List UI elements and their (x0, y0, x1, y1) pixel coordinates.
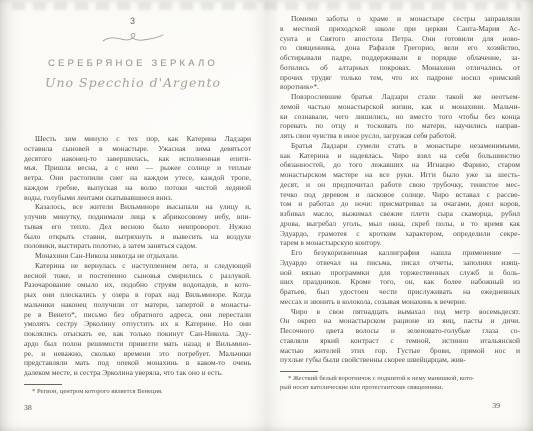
text-line: Шесть зим минуло с тех пор, как Катерина… (24, 134, 251, 144)
text-line: лять свои чувства в иное русло, загружая… (280, 131, 520, 141)
text-line: Разочарование омыло их, подобно струям в… (24, 280, 251, 290)
footnote-line: * Регион, центром которого является Вене… (24, 388, 251, 397)
page-number-right: 39 (492, 401, 500, 410)
text-line: тывая его тепло. Дел весною было невпров… (24, 222, 251, 232)
text-line: Чиро в свои пятнадцать вымахал под метр … (280, 307, 520, 317)
paragraph: Чиро в свои пятнадцать вымахал под метр … (280, 307, 520, 366)
text-line: мессах и звонить в колокола, созывая мон… (280, 297, 520, 307)
right-page-body-text: Помимо заботы о храме и монастыре сестры… (280, 14, 520, 365)
text-line: было открыть ставни, вытряхнуть и вывеси… (24, 232, 251, 242)
text-line: том и работал до ночи: присматривал за о… (280, 199, 520, 209)
paragraph: Катерина не вернулась с наступлением лет… (24, 261, 251, 378)
text-line: каждом гребне, выпуская на волю потоки ч… (24, 183, 251, 193)
paragraph: Его безукоризненная каллиграфия нашла пр… (280, 248, 520, 307)
text-line: Монахини Сан-Никола никогда не отдыхали. (24, 251, 251, 261)
text-line: тарем в монастырскую контору. (280, 238, 520, 248)
text-line: Песочного цвета волосы и зеленовато-голу… (280, 326, 520, 336)
text-line: рых они плескались у озера в горах над В… (24, 290, 251, 300)
text-line: обстирывали падре, поддерживали в порядк… (280, 53, 520, 63)
text-line: ре, и неважно, сколько времени это потре… (24, 349, 251, 359)
text-line: пухлые губы были свойственны скорее швей… (280, 355, 520, 365)
text-line: далеком месте, и сестра Эрколина уверяла… (24, 368, 251, 378)
text-line: Эдуардо отвечал на письма, писал отчеты,… (280, 258, 520, 268)
text-line: половики, выстирать полотно, а затем зан… (24, 241, 251, 251)
text-line: как Катерина и надеялась. Чиро взял на с… (280, 151, 520, 161)
paragraph: Казалось, все жители Вильминоре высыпали… (24, 202, 251, 251)
paragraph: Шесть зим минуло с тех пор, как Катерина… (24, 134, 251, 202)
flourish-ornament-icon (101, 30, 165, 46)
text-line: ардо был полон решимости привезти мать н… (24, 339, 251, 349)
text-line: в местной приходской школе при церкви Са… (280, 24, 520, 34)
text-line: ре в Венето*, письмо без обратного адрес… (24, 310, 251, 320)
text-line: Казалось, все жители Вильминоре высыпали… (24, 202, 251, 212)
text-line: Братья Ладзари сумели стать в монастыре … (280, 141, 520, 151)
text-line: лемой частью монастырской жизни, как и м… (280, 102, 520, 112)
page-right: Помимо заботы о храме и монастыре сестры… (267, 0, 533, 431)
paragraph: Помимо заботы о храме и монастыре сестры… (280, 14, 520, 92)
text-line: ших праздников. Кроме того, он, как боле… (280, 277, 520, 287)
text-line: дрова, выгребал уголь, мыл окна, скреб п… (280, 219, 520, 229)
book-spread: 3 СЕРЕБРЯНОЕ ЗЕРКАЛО Uno Specchio d'Arge… (0, 0, 533, 431)
text-line: мья. Пришла весна, а с нею — рыжее солнц… (24, 163, 251, 173)
chapter-subtitle: Uno Specchio d'Argento (0, 75, 266, 90)
text-line: Эдуардо, грамотея с кротким характером, … (280, 229, 520, 239)
text-line: весной тоже, и постепенно сыновья смирил… (24, 271, 251, 281)
chapter-title: СЕРЕБРЯНОЕ ЗЕРКАЛО (0, 58, 266, 69)
paragraph: Братья Ладзари сумели стать в монастыре … (280, 141, 520, 248)
footnote-line: * Жесткий белый воротничок с подшитой к … (280, 375, 520, 384)
page-left: 3 СЕРЕБРЯНОЕ ЗЕРКАЛО Uno Specchio d'Arge… (0, 0, 266, 431)
text-line: ставляли яркий контраст с темной, истинн… (280, 336, 520, 346)
text-line: ветра. Они растопили снег на каждом утес… (24, 173, 251, 183)
text-line: го священника, дона Рафаэля Грегорио, ве… (280, 43, 520, 53)
text-line: поклялись отыскать ее, как только покину… (24, 329, 251, 339)
text-line: Его безукоризненная каллиграфия нашла пр… (280, 248, 520, 258)
text-line: десят, и он предпочитал работе свою труб… (280, 180, 520, 190)
text-line: улучив минутку, поднимали лица к абрикос… (24, 212, 251, 222)
text-line: прочих трудяг только тем, что их падроне… (280, 73, 520, 83)
text-line: мальчики наконец получили от матери, зап… (24, 300, 251, 310)
text-line: ки сознавали, чего лишились, но вместо т… (280, 112, 520, 122)
chapter-number: 3 (0, 16, 266, 26)
text-line: мастью жителей этих гор. Густые брови, п… (280, 346, 520, 356)
text-line: горевать по отцу и тосковать по матери, … (280, 121, 520, 131)
text-line: монастырском мастере на все руки. Игги б… (280, 170, 520, 180)
text-line: сунта и Святого апостола Петра. Они гото… (280, 34, 520, 44)
text-line: умолять сестру Эрколину отпустить их к К… (24, 319, 251, 329)
text-line: воды, голубыми лентами скатывавшиеся вни… (24, 193, 251, 203)
text-line: представляли мать под опекой монахинь в … (24, 358, 251, 368)
paragraph: Монахини Сан-Никола никогда не отдыхали. (24, 251, 251, 261)
text-line: оставила сыновей в монастыре. Ужасная зи… (24, 144, 251, 154)
chapter-header: 3 СЕРЕБРЯНОЕ ЗЕРКАЛО Uno Specchio d'Arge… (0, 16, 266, 90)
text-line: Помимо заботы о храме и монастыре сестры… (280, 14, 520, 24)
footnote-separator (280, 371, 318, 372)
text-line: братьев, был удостоен чести прислуживать… (280, 287, 520, 297)
text-line: десятого наконец-то завершилась, как исп… (24, 154, 251, 164)
text-line: ботились об алтарных покровах. Монахини … (280, 63, 520, 73)
text-line: Он окреп на монастырском рационе из яиц,… (280, 316, 520, 326)
text-line: ной вязью программки для торжественных с… (280, 268, 520, 278)
paragraph: Повзрослевшие братья Ладзари стали такой… (280, 92, 520, 141)
text-line: обязанностей, до того лежавших на Игнаци… (280, 160, 520, 170)
footnote-separator (24, 384, 62, 385)
left-page-body-text: Шесть зим минуло с тех пор, как Катерина… (24, 134, 251, 378)
footnote-line: рый носят католические или протестантски… (280, 384, 520, 393)
page-number-left: 38 (24, 403, 32, 412)
text-line: течко под деревом и ласковое солнце. Чир… (280, 190, 520, 200)
text-line: Повзрослевшие братья Ладзари стали такой… (280, 92, 520, 102)
left-footnote: * Регион, центром которого является Вене… (24, 384, 251, 397)
text-line: взбивал масло, выжимал свежие плети сыра… (280, 209, 520, 219)
right-footnote: * Жесткий белый воротничок с подшитой к … (280, 371, 520, 392)
text-line: Катерина не вернулась с наступлением лет… (24, 261, 251, 271)
text-line: воротник»*. (280, 82, 520, 92)
